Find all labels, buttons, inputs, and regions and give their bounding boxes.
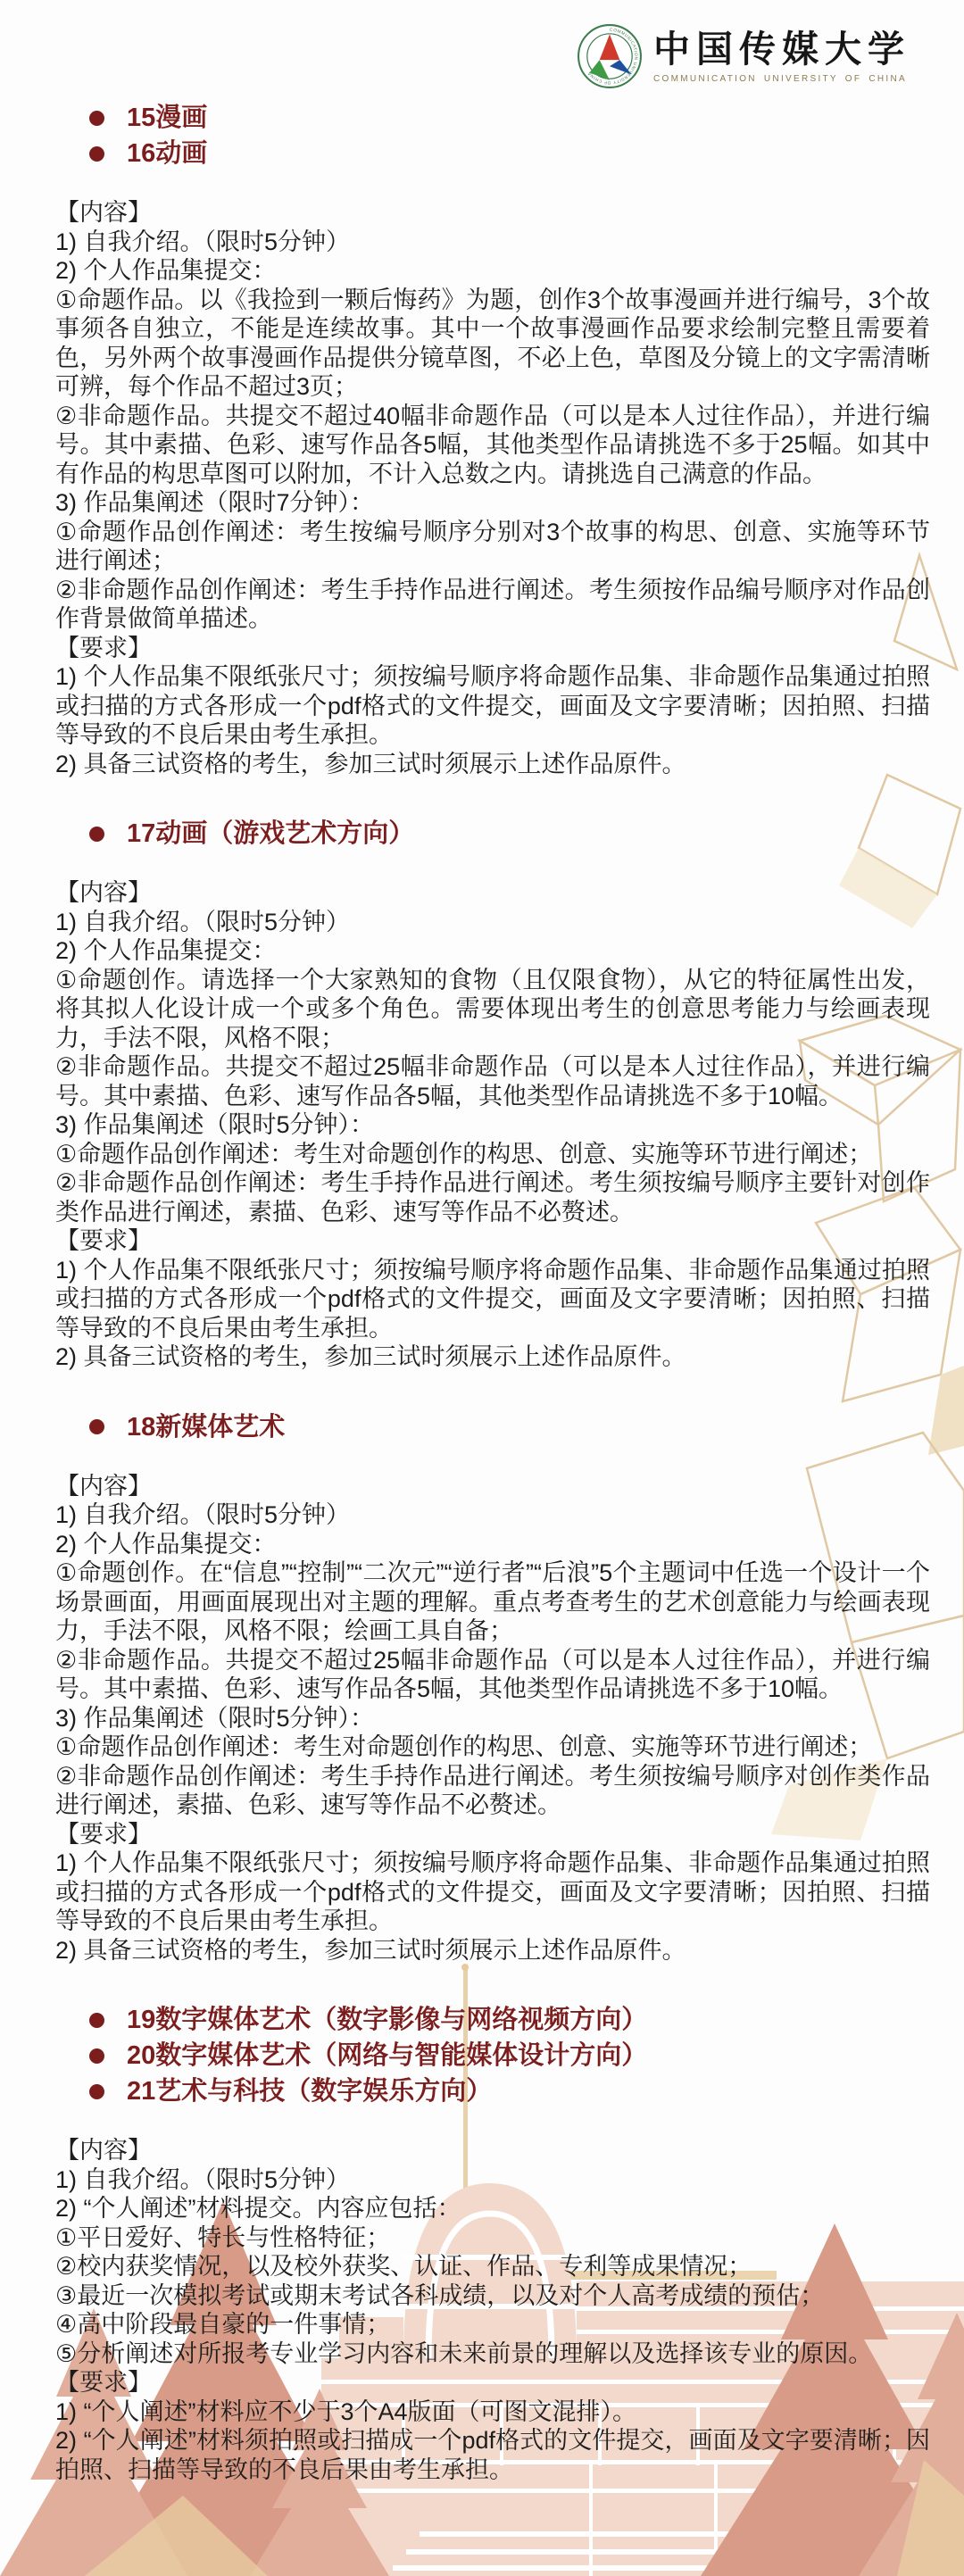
content-line: 2) 个人作品集提交： [55,1530,930,1559]
document-content: 15漫画 16动画 【内容】 1) 自我介绍。（限时5分钟） 2) 个人作品集提… [55,100,930,2484]
section-heading-label: 20数字媒体艺术（网络与智能媒体设计方向） [127,2038,647,2073]
section-new-media-art: 18新媒体艺术 【内容】 1) 自我介绍。（限时5分钟） 2) 个人作品集提交：… [55,1409,930,1965]
content-line: 【要求】 [55,2368,930,2397]
bullet-icon [89,827,104,842]
section-comic-animation: 15漫画 16动画 【内容】 1) 自我介绍。（限时5分钟） 2) 个人作品集提… [55,100,930,778]
section-heading-label: 16动画 [127,136,207,171]
content-line: 2) 具备三试资格的考生，参加三试时须展示上述作品原件。 [55,750,930,779]
content-line: ①命题作品创作阐述：考生对命题创作的构思、创意、实施等环节进行阐述； [55,1140,930,1169]
section-heading: 20数字媒体艺术（网络与智能媒体设计方向） [55,2038,930,2073]
content-line: 3) 作品集阐述（限时5分钟）： [55,1704,930,1733]
section-heading-group: 15漫画 16动画 [55,100,930,171]
content-line: 1) 自我介绍。（限时5分钟） [55,228,930,257]
content-line: ③最近一次模拟考试或期末考试各科成绩，以及对个人高考成绩的预估； [55,2281,930,2311]
section-heading: 17动画（游戏艺术方向） [55,816,930,852]
content-line: 2) “个人阐述”材料须拍照或扫描成一个pdf格式的文件提交，画面及文字要清晰；… [55,2426,930,2484]
content-line: ②非命题作品创作阐述：考生手持作品进行阐述。考生须按编号顺序主要针对创作类作品进… [55,1168,930,1226]
section-heading: 15漫画 [55,100,930,136]
section-heading: 19数字媒体艺术（数字影像与网络视频方向） [55,2002,930,2038]
content-line: 1) 自我介绍。（限时5分钟） [55,2165,930,2195]
section-heading: 21艺术与科技（数字娱乐方向） [55,2073,930,2109]
section-heading-label: 19数字媒体艺术（数字影像与网络视频方向） [127,2002,647,2038]
bullet-icon [89,2084,104,2099]
content-line: 1) “个人阐述”材料应不少于3个A4版面（可图文混排）。 [55,2397,930,2427]
content-line: 【要求】 [55,1820,930,1849]
bullet-icon [89,146,104,162]
section-heading-label: 17动画（游戏艺术方向） [127,816,414,852]
content-line: ⑤分析阐述对所报考专业学习内容和未来前景的理解以及选择该专业的原因。 [55,2339,930,2369]
content-line: 【内容】 [55,198,930,228]
section-heading: 16动画 [55,136,930,171]
content-line: ④高中阶段最自豪的一件事情； [55,2310,930,2339]
content-line: 【要求】 [55,634,930,663]
content-line: 2) 个人作品集提交： [55,936,930,966]
section-digital-media-art: 19数字媒体艺术（数字影像与网络视频方向） 20数字媒体艺术（网络与智能媒体设计… [55,2002,930,2484]
section-heading: 18新媒体艺术 [55,1409,930,1445]
university-logo: COMMUNICATION UNIVERSITY OF CHINA 中国传媒大学… [577,23,910,89]
content-line: 2) 具备三试资格的考生，参加三试时须展示上述作品原件。 [55,1936,930,1965]
section-heading-label: 15漫画 [127,100,207,136]
section-heading-group: 17动画（游戏艺术方向） [55,816,930,852]
university-name: 中国传媒大学 COMMUNICATION UNIVERSITY OF CHINA [653,23,910,84]
content-line: ②非命题作品。共提交不超过25幅非命题作品（可以是本人过往作品），并进行编号。其… [55,1646,930,1704]
content-line: ①命题创作。在“信息”“控制”“二次元”“逆行者”“后浪”5个主题词中任选一个设… [55,1558,930,1646]
university-name-en: COMMUNICATION UNIVERSITY OF CHINA [653,74,910,84]
content-line: 【内容】 [55,1472,930,1501]
content-line: 3) 作品集阐述（限时5分钟）： [55,1110,930,1140]
bullet-icon [89,2048,104,2064]
content-line: 1) 自我介绍。（限时5分钟） [55,1500,930,1530]
content-line: 2) 具备三试资格的考生，参加三试时须展示上述作品原件。 [55,1342,930,1372]
bullet-icon [89,2013,104,2028]
bullet-icon [89,111,104,126]
content-line: 2) 个人作品集提交： [55,256,930,286]
bullet-icon [89,1419,104,1434]
content-line: ②非命题作品。共提交不超过25幅非命题作品（可以是本人过往作品），并进行编号。其… [55,1052,930,1110]
admission-exam-document: COMMUNICATION UNIVERSITY OF CHINA 中国传媒大学… [0,0,964,2576]
content-line: 2) “个人阐述”材料提交。内容应包括： [55,2194,930,2223]
content-line: ②非命题作品。共提交不超过40幅非命题作品（可以是本人过往作品），并进行编号。其… [55,402,930,489]
content-line: 1) 自我介绍。（限时5分钟） [55,908,930,937]
content-line: ②非命题作品创作阐述：考生手持作品进行阐述。考生须按作品编号顺序对作品创作背景做… [55,576,930,634]
cuc-emblem-icon: COMMUNICATION UNIVERSITY OF CHINA [577,23,643,89]
section-heading-label: 18新媒体艺术 [127,1409,285,1445]
content-line: ①命题作品。以《我捡到一颗后悔药》为题，创作3个故事漫画并进行编号，3个故事须各… [55,286,930,402]
section-animation-game-art: 17动画（游戏艺术方向） 【内容】 1) 自我介绍。（限时5分钟） 2) 个人作… [55,816,930,1372]
content-line: 1) 个人作品集不限纸张尺寸；须按编号顺序将命题作品集、非命题作品集通过拍照或扫… [55,1256,930,1343]
section-heading-group: 19数字媒体艺术（数字影像与网络视频方向） 20数字媒体艺术（网络与智能媒体设计… [55,2002,930,2109]
content-line: ①命题作品创作阐述：考生按编号顺序分别对3个故事的构思、创意、实施等环节进行阐述… [55,518,930,576]
content-line: ②非命题作品创作阐述：考生手持作品进行阐述。考生须按编号顺序对创作类作品进行阐述… [55,1762,930,1820]
section-heading-group: 18新媒体艺术 [55,1409,930,1445]
content-line: 【内容】 [55,878,930,908]
content-line: 3) 作品集阐述（限时7分钟）： [55,488,930,518]
content-line: 【内容】 [55,2136,930,2165]
content-line: 1) 个人作品集不限纸张尺寸；须按编号顺序将命题作品集、非命题作品集通过拍照或扫… [55,662,930,750]
content-line: ②校内获奖情况，以及校外获奖、认证、作品、专利等成果情况； [55,2252,930,2281]
university-name-zh: 中国传媒大学 [653,29,910,70]
content-line: ①命题创作。请选择一个大家熟知的食物（且仅限食物），从它的特征属性出发，将其拟人… [55,966,930,1053]
section-heading-label: 21艺术与科技（数字娱乐方向） [127,2073,492,2109]
content-line: 1) 个人作品集不限纸张尺寸；须按编号顺序将命题作品集、非命题作品集通过拍照或扫… [55,1849,930,1936]
content-line: ①命题作品创作阐述：考生对命题创作的构思、创意、实施等环节进行阐述； [55,1733,930,1762]
content-line: ①平日爱好、特长与性格特征； [55,2223,930,2253]
content-line: 【要求】 [55,1226,930,1256]
